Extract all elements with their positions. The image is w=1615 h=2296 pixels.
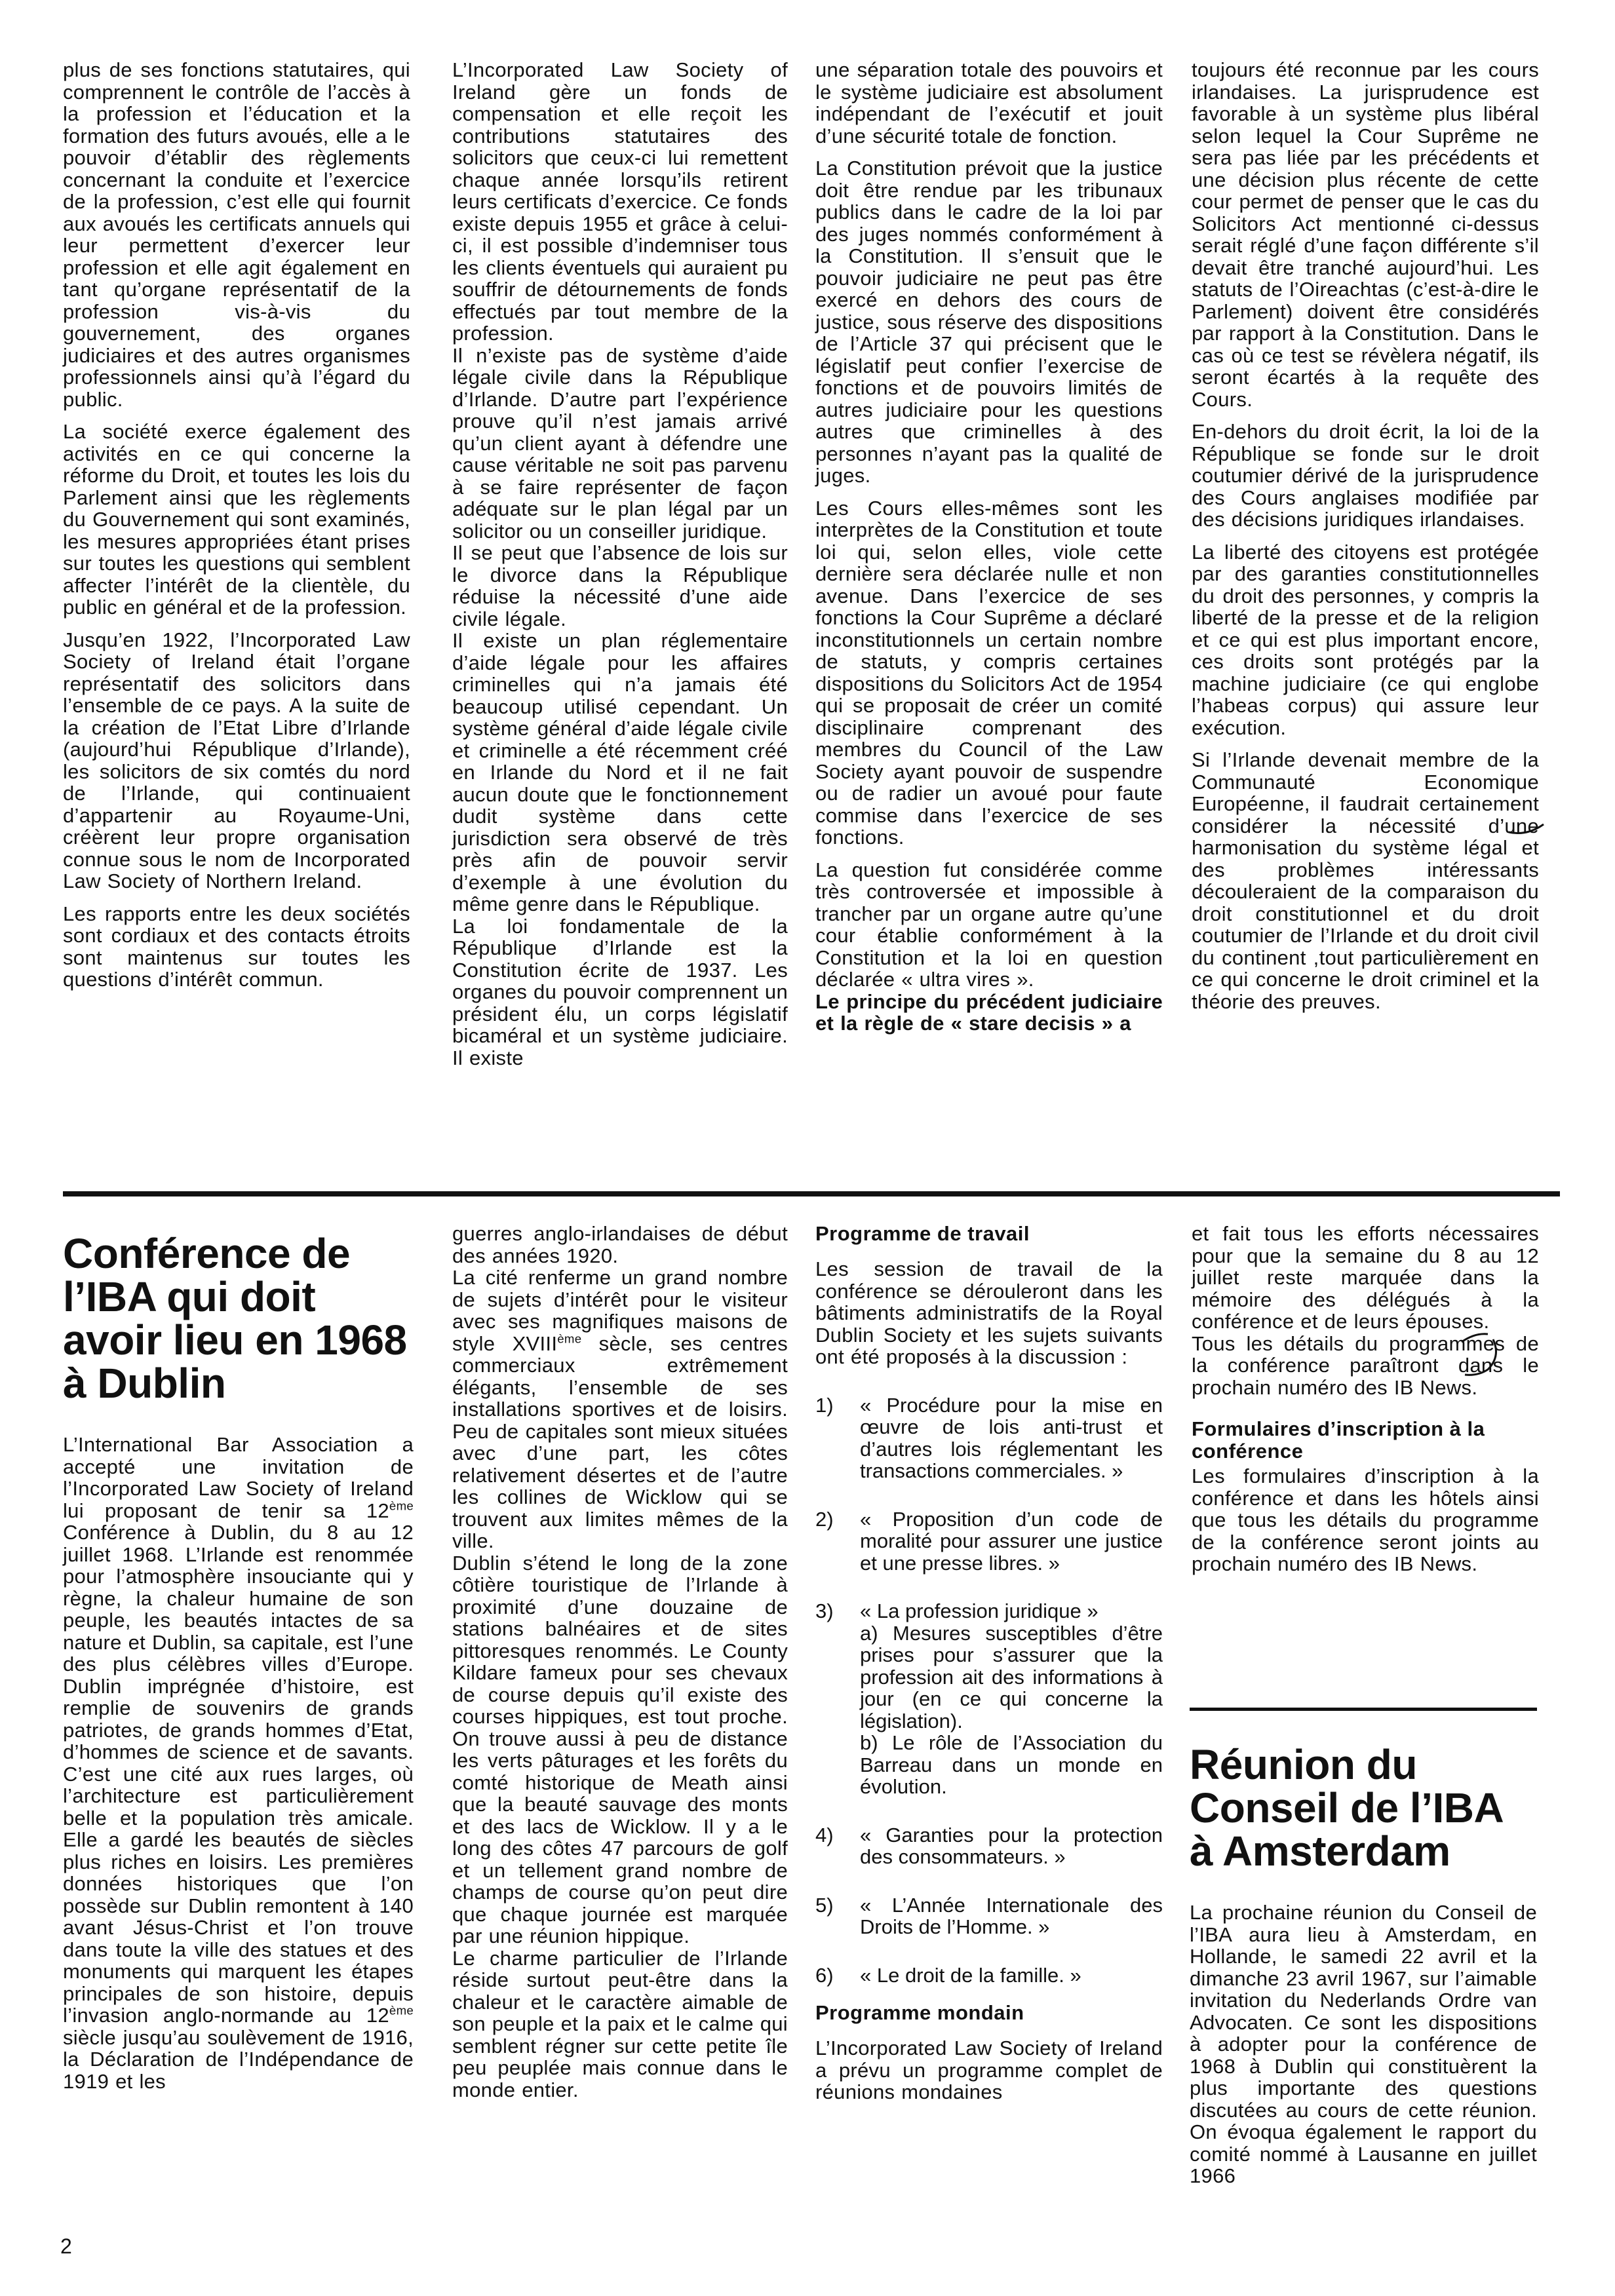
superscript: ème [389,2004,414,2018]
paragraph: L’International Bar Association a accept… [63,1434,414,2092]
list-number: 5) [815,1894,860,1938]
paragraph: Il se peut que l’absence de lois sur le … [452,542,788,630]
list-item: 1) « Procédure pour la mise en œuvre de … [815,1394,1163,1482]
paragraph: guerres anglo-irlandaises de début des a… [452,1223,788,1267]
paragraph: La société exerce également des activité… [63,421,410,619]
list-number: 2) [815,1508,860,1575]
subheading-programme-mondain: Programme mondain [815,2002,1163,2024]
text-run: siècle jusqu’au soulèvement de 1916, la … [63,2026,414,2093]
list-subitem: b) Le rôle de l’Association du Barreau d… [860,1732,1163,1798]
paragraph: une séparation totale des pouvoirs et le… [815,59,1163,147]
list-text: « Le droit de la famille. » [860,1964,1163,1987]
headline-line: Conseil de l’IBA [1190,1786,1537,1829]
list-text: « Garanties pour la protection des conso… [860,1824,1163,1868]
list-item: 4) « Garanties pour la protection des co… [815,1824,1163,1868]
paragraph: Si l’Irlande devenait membre de la Commu… [1192,749,1539,1012]
list-subitem: a) Mesures susceptibles d’être prises po… [860,1622,1163,1732]
paragraph: En-dehors du droit écrit, la loi de la R… [1192,421,1539,531]
paragraph: Les formulaires d’inscription à la confé… [1192,1465,1539,1575]
amsterdam-article: Réunion du Conseil de l’IBA à Amsterdam … [1190,1743,1537,2187]
paragraph: Les rapports entre les deux sociétés son… [63,903,410,991]
list-text: « L’Année Internationale des Droits de l… [860,1894,1163,1938]
paragraph: La liberté des citoyens est protégée par… [1192,541,1539,739]
paragraph: Le principe du précédent judiciaire et l… [815,991,1163,1035]
list-number: 6) [815,1964,860,1987]
list-number: 1) [815,1394,860,1482]
headline-line: l’IBA qui doit [63,1275,414,1318]
pen-mark-icon [1455,1330,1508,1383]
document-page: plus de ses fonctions statutaires, qui c… [0,0,1615,2296]
page-number: 2 [60,2234,72,2259]
text-run: Conférence à Dublin, du 8 au 12 juillet … [63,1521,414,2027]
paragraph: Jusqu’en 1922, l’Incorporated Law Societ… [63,629,410,892]
paragraph: L’Incorporated Law Society of Ireland gè… [452,59,788,345]
paragraph: La loi fondamentale de la République d’I… [452,915,788,1069]
dublin-column-4: et fait tous les efforts nécessaires pou… [1192,1223,1539,1575]
paragraph: Les Cours elles-mêmes sont les interprèt… [815,497,1163,849]
paragraph: Il existe un plan réglementaire d’aide l… [452,630,788,915]
list-item: 6) « Le droit de la famille. » [815,1964,1163,1987]
headline-line: avoir lieu en 1968 [63,1318,414,1362]
dublin-column-2: guerres anglo-irlandaises de début des a… [452,1223,788,2101]
list-item: 3) « La profession juridique » a) Mesure… [815,1600,1163,1798]
paragraph: La Constitution prévoit que la justice d… [815,157,1163,487]
list-number: 3) [815,1600,860,1798]
paragraph: plus de ses fonctions statutaires, qui c… [63,59,410,410]
amsterdam-headline: Réunion du Conseil de l’IBA à Amsterdam [1190,1743,1537,1873]
list-number: 4) [815,1824,860,1868]
superscript: ème [557,1331,581,1345]
list-text: « La profession juridique » a) Mesures s… [860,1600,1163,1798]
headline-line: Conférence de [63,1232,414,1275]
paragraph: et fait tous les efforts nécessaires pou… [1192,1223,1539,1333]
paragraph: La cité renferme un grand nombre de suje… [452,1267,788,1552]
list-text: « Procédure pour la mise en œuvre de loi… [860,1394,1163,1482]
subheading-formulaires: Formulaires d’inscription à la conférenc… [1192,1418,1539,1463]
text-run: L’International Bar Association a accept… [63,1433,414,1522]
subheading-programme-travail: Programme de travail [815,1223,1163,1245]
paragraph: Il n’existe pas de système d’aide légale… [452,345,788,543]
top-column-4: toujours été reconnue par les cours irla… [1192,59,1539,1023]
list-item: 2) « Proposition d’un code de moralité p… [815,1508,1163,1575]
top-column-3: une séparation totale des pouvoirs et le… [815,59,1163,1035]
paragraph: Les session de travail de la conférence … [815,1258,1163,1368]
list-item: 5) « L’Année Internationale des Droits d… [815,1894,1163,1938]
paragraph: Dublin s’étend le long de la zone côtièr… [452,1552,788,1947]
dublin-column-3: Programme de travail Les session de trav… [815,1223,1163,2103]
paragraph: Le charme particulier de l’Irlande résid… [452,1947,788,2101]
section-divider [63,1191,1560,1196]
section-divider [1190,1708,1537,1711]
list-text: « Proposition d’un code de moralité pour… [860,1508,1163,1575]
dublin-headline: Conférence de l’IBA qui doit avoir lieu … [63,1232,414,1405]
top-column-1: plus de ses fonctions statutaires, qui c… [63,59,410,1001]
list-text-main: « La profession juridique » [860,1600,1163,1622]
paragraph: La prochaine réunion du Conseil de l’IBA… [1190,1902,1537,2187]
headline-line: à Amsterdam [1190,1829,1537,1873]
top-column-2: L’Incorporated Law Society of Ireland gè… [452,59,788,1069]
paragraph: La question fut considérée comme très co… [815,859,1163,991]
paragraph: L’Incorporated Law Society of Ireland a … [815,2037,1163,2103]
headline-line: à Dublin [63,1362,414,1405]
dublin-column-1: Conférence de l’IBA qui doit avoir lieu … [63,1232,414,2092]
headline-line: Réunion du [1190,1743,1537,1786]
superscript: ème [389,1499,414,1512]
paragraph: toujours été reconnue par les cours irla… [1192,59,1539,410]
pen-mark-icon [1508,819,1547,839]
text-run: sècle, ses centres commerciaux extrêmeme… [452,1332,788,1553]
